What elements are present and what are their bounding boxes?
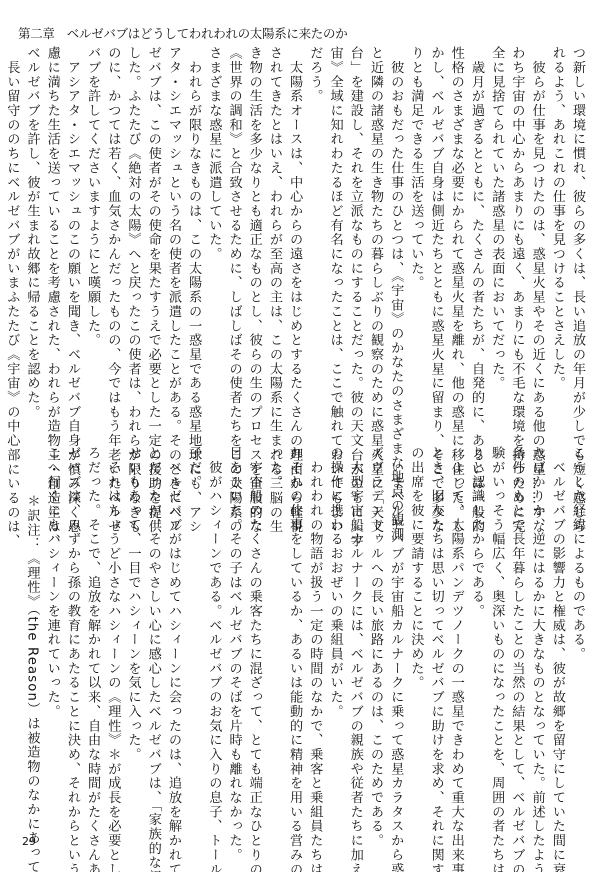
text-column: 宙》全域に知れわたるほど有名になったことは、ここで触れておいてもよい: [324, 46, 344, 416]
text-column: とだったが、そのやさしい心に感心したベルゼバブは、「家族的な親近感」の: [143, 446, 163, 816]
footnote: ＊訳注：《理性》（the Reason）は被造物のなかにあって「みずから: [21, 494, 41, 816]
text-column: いまベルゼバブが宇宙船カルナークに乗って惑星カラタスから惑星レヴォ: [385, 446, 405, 816]
text-column: と近隣の諸惑星の生き物たちの暮らしぶりの観察のために惑星火星に「天文: [365, 46, 385, 416]
text-column: 彼がハシィーンである。ベルゼバブのお気に入りの息子、トールウーフの: [203, 446, 223, 816]
text-column: 全に見捨てられていた諸惑星の表面においてだった。: [486, 46, 506, 416]
text-column: それはちょうど小さなハシィーンの《理性》＊が成長を必要としているこ: [102, 446, 122, 816]
text-block-top: つ新しい環境に慣れ、彼らの多くは、長い追放の年月が少しでも短く感じられるよう、あ…: [39, 46, 587, 416]
text-column: れるよう、あれこれの仕事を見つけることさえした。: [547, 46, 567, 416]
text-column: われらが限りなきものは、この太陽系の一惑星である惑星地球にも、アシ: [183, 46, 203, 416]
text-column: わち宇宙の中心からあまりにも遠く、あまりにも不毛な環境を持つために完: [506, 46, 526, 416]
text-column: 歳月が過ぎるとともに、たくさんの者たちが、自発的に、あるいは一般的: [466, 46, 486, 416]
page-number: 29: [22, 835, 36, 848]
chapter-header: 第二章 ベルゼバブはどうしてわれわれの太陽系に来たのか: [18, 24, 347, 42]
text-column: ベルゼバブの影響力と権威は、彼が故郷を留守にしていた間に衰えなかっ: [547, 446, 567, 816]
text-column: 長い留守ののちにベルゼバブがいまふたたび《宇宙》の中心部にいるのは、: [1, 46, 21, 416]
text-column: とき、旧友たちは思い切ってベルゼバブに助けを求め、それに関する会議へ: [425, 446, 445, 816]
text-column: 《世界の調和》と合致させるために、しばしばその使者たちをこの太陽系の: [223, 46, 243, 416]
text-column: 慮に満ちた生活を送っていることを考慮された、われらが造物主・創造主は、: [42, 46, 62, 416]
text-column: ろだった。そこで、追放を解かれて以来、自由な時間がたくさんあったベル: [82, 446, 102, 816]
text-column: されてきたとはいえ、われらが至高の主は、この太陽系に生まれる三脳の生: [264, 46, 284, 416]
text-column: りとも満足できる生活を送っていた。: [405, 46, 425, 416]
text-column: だろう。: [304, 46, 324, 416]
text-column: 宇宙船のたくさんの乗客たちに混ざって、とても端正なひとりの男の子が: [244, 446, 264, 816]
text-column: アシアタ・シエマッシュのこの願いを聞き、ベルゼバブ自身が慎み深く思: [62, 46, 82, 416]
text-column: 性格のさまざまな必要にかられて惑星火星を離れ、他の惑星に移住した。し: [446, 46, 466, 416]
text-column: のに、かつては若く、血気さかんだったものの、今ではもう年老いたベルゼ: [102, 46, 122, 416]
text-column: ゼバブは、みずから孫の教育にあたることに決め、それからというもの、ど: [62, 446, 82, 816]
text-column: こうした経緯によるものである。: [567, 446, 587, 816]
text-column: れぞれの仕事をしているか、あるいは能動的に精神を用いる営みのなかにあ: [284, 446, 304, 816]
text-column: われわれの物語が扱う一定の時間のなかで、乗客と乗組員たちはみな、そ: [304, 446, 324, 816]
text-column: アタ・シエマッシュという名の使者を派遣したことがある。そのときにベル: [163, 46, 183, 416]
text-column: よって、太陽系パンデツノークの一惑星できわめて重大な出来事が起きた: [446, 446, 466, 816]
text-column: こへ行くにもハシィーンを連れていった。: [42, 446, 62, 816]
text-column: ゼバブは、この使者がその使命を果たすうえで必要とした一定の援助を提供: [143, 46, 163, 416]
text-column: 彼らが仕事を見つけたのは、惑星火星やその近くにある他の惑星……すな: [526, 46, 546, 416]
text-column: した。ふたたび《絶対の太陽》へと戻ったこの使者は、われらが限りなきも: [122, 46, 142, 416]
text-column: かし、ベルゼバブ自身は側近たちとともに惑星火星に留まり、そこで多少な: [425, 46, 445, 416]
text-column: った。: [264, 446, 284, 816]
text-column: 彼のおもだった仕事のひとつは、《宇宙》のかなたのさまざまな地点の観測: [385, 46, 405, 416]
text-column: 験がいっそう幅広く、奥深いものになったことを、周囲の者たちは、はっき: [486, 446, 506, 816]
text-column: さまざまな惑星に派遣していた。: [203, 46, 223, 416]
text-column: せいもあって、一目でハシィーンを気に入った。: [122, 446, 142, 816]
text-column: ズヴラデンドゥルへの長い旅路にあるのは、このためである。: [365, 446, 385, 816]
text-column: りと認識したからである。: [466, 446, 486, 816]
text-column: 太陽系オースは、中心からの遠さをはじめとするたくさんの理由から軽視: [284, 46, 304, 416]
text-column: 大型宇宙船カルナークには、ベルゼバブの親族や従者たちに加え、宇宙船: [345, 446, 365, 816]
text-column: の出席を彼に要請することに決めた。: [405, 446, 425, 816]
text-column: き物の生活を多少なりとも適正なものとし、彼らの生のプロセスを全般的な: [244, 46, 264, 416]
text-column: 条件のもとで長年暮らしたことの当然の結果として、ベルゼバブの知識と経: [506, 446, 526, 816]
text-column: バブを許してくださいますようにと嘆願した。: [82, 46, 102, 416]
text-column: 目をひいた。その子はベルゼバブのそばを片時も離れなかった。: [223, 446, 243, 816]
text-column: の操作に携わるおおぜいの乗組員がいた。: [324, 446, 344, 816]
text-column: 子だ。: [183, 446, 203, 816]
text-column: ベルゼバブを許し、彼が生まれ故郷に帰ることを認めた。: [21, 46, 41, 416]
text-column: ベルゼバブがはじめてハシィーンに会ったのは、追放を解かれてからのこ: [163, 446, 183, 816]
text-column: つ新しい環境に慣れ、彼らの多くは、長い追放の年月が少しでも短く感じら: [567, 46, 587, 416]
text-block-bottom: こうした経緯によるものである。 ベルゼバブの影響力と権威は、彼が故郷を留守にして…: [39, 446, 587, 816]
text-column: 台」を建設し、それを立派なものにすることだった。彼の天文台がのちに《宇: [345, 46, 365, 416]
text-column: たばかりか、逆にはるかに大きなものとなっていた。前述したような異常な: [526, 446, 546, 816]
